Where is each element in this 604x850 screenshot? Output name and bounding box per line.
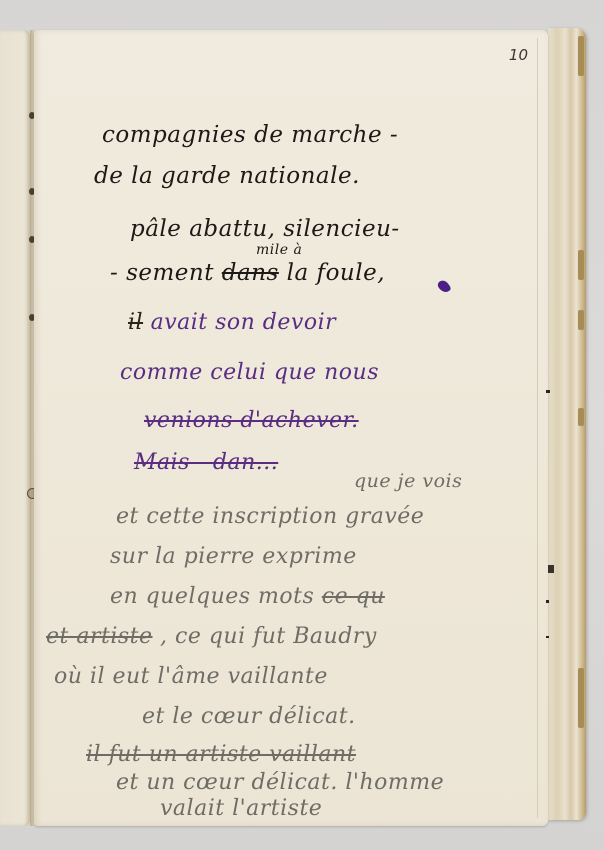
- struck-word: ce qu: [322, 584, 385, 609]
- manuscript-line: - sement dans la foule,: [110, 260, 385, 286]
- manuscript-line: et un cœur délicat. l'homme: [116, 770, 444, 795]
- manuscript-word: en quelques mots: [110, 584, 314, 609]
- page-edge-tab: [578, 250, 584, 280]
- page-edge-tab: [578, 310, 584, 330]
- manuscript-line: et cette inscription gravée: [116, 504, 424, 529]
- struck-line: il fut un artiste vaillant: [86, 742, 356, 767]
- page-number: 10: [509, 46, 528, 64]
- struck-line: Mais - dan...: [134, 450, 278, 475]
- margin-mark: [548, 565, 554, 573]
- manuscript-word: avait son devoir: [151, 310, 337, 335]
- facing-page-edge: [0, 30, 30, 826]
- manuscript-line: valait l'artiste: [160, 796, 322, 821]
- manuscript-line: et le cœur délicat.: [142, 704, 356, 729]
- overwritten-word: il: [128, 310, 143, 335]
- margin-mark: [546, 600, 549, 603]
- struck-word: dans: [222, 260, 279, 286]
- margin-mark: [546, 390, 550, 393]
- manuscript-line: compagnies de marche -: [102, 122, 398, 148]
- manuscript-line: en quelques mots ce qu: [110, 584, 385, 609]
- page-edge-tab: [578, 668, 584, 728]
- manuscript-line: où il eut l'âme vaillante: [54, 664, 328, 689]
- struck-line: venions d'achever.: [144, 408, 359, 433]
- manuscript-word: , ce qui fut Baudry: [160, 624, 377, 649]
- manuscript-line: comme celui que nous: [120, 360, 379, 385]
- manuscript-word: la foule,: [287, 260, 385, 286]
- ink-blot: [436, 278, 452, 294]
- interlinear-insertion: que je vois: [354, 470, 462, 492]
- margin-mark: [546, 636, 549, 638]
- notebook-page: 10 compagnies de marche - de la garde na…: [34, 30, 548, 826]
- manuscript-line: et artiste , ce qui fut Baudry: [46, 624, 377, 649]
- page-edge-tab: [578, 36, 584, 76]
- page-fold-line: [537, 38, 538, 818]
- manuscript-line: pâle abattu, silencieu-: [130, 216, 400, 242]
- struck-word: et artiste: [46, 624, 153, 649]
- manuscript-line: il avait son devoir: [128, 310, 336, 335]
- manuscript-line: de la garde nationale.: [94, 163, 360, 189]
- manuscript-word: - sement: [110, 260, 214, 286]
- page-edge-tab: [578, 408, 584, 426]
- page-stack-edge: [548, 28, 586, 820]
- interlinear-insertion: mile à: [256, 242, 302, 258]
- manuscript-line: sur la pierre exprime: [110, 544, 357, 569]
